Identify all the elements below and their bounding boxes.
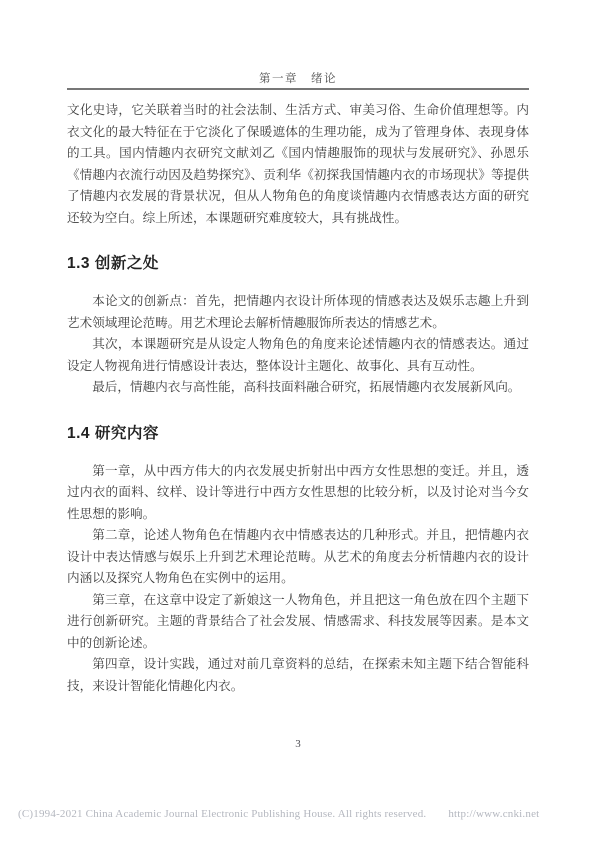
paragraph-innovation-2: 其次，本课题研究是从设定人物角色的角度来论述情趣内衣的情感表达。通过设定人物视角… — [67, 334, 529, 377]
cnki-url-text: http://www.cnki.net — [448, 808, 539, 820]
paragraph-chapter-2-summary: 第二章，论述人物角色在情趣内衣中情感表达的几种形式。并且，把情趣内衣设计中表达情… — [67, 525, 529, 590]
header-rule-divider — [67, 88, 529, 90]
running-header-chapter-title: 第一章 绪论 — [67, 70, 529, 86]
page-number: 3 — [0, 738, 596, 750]
copyright-text: (C)1994-2021 China Academic Journal Elec… — [18, 808, 426, 820]
section-heading-research-content: 1.4 研究内容 — [67, 424, 529, 444]
paragraph-innovation-1: 本论文的创新点：首先，把情趣内衣设计所体现的情感表达及娱乐志趣上升到艺术领域理论… — [67, 291, 529, 334]
paragraph-chapter-3-summary: 第三章，在这章中设定了新娘这一人物角色，并且把这一角色放在四个主题下进行创新研究… — [67, 590, 529, 655]
paragraph-chapter-1-summary: 第一章，从中西方伟大的内衣发展史折射出中西方女性思想的变迁。并且，透过内衣的面料… — [67, 461, 529, 526]
paragraph-innovation-3: 最后，情趣内衣与高性能，高科技面料融合研究，拓展情趣内衣发展新风向。 — [67, 377, 529, 399]
document-body: 文化史诗，它关联着当时的社会法制、生活方式、审美习俗、生命价值理想等。内衣文化的… — [67, 100, 529, 697]
section-heading-innovation: 1.3 创新之处 — [67, 254, 529, 274]
intro-paragraph: 文化史诗，它关联着当时的社会法制、生活方式、审美习俗、生命价值理想等。内衣文化的… — [67, 100, 529, 229]
page-footer: (C)1994-2021 China Academic Journal Elec… — [18, 808, 578, 820]
paragraph-chapter-4-summary: 第四章，设计实践，通过对前几章资料的总结，在探索未知主题下结合智能科技，来设计智… — [67, 654, 529, 697]
